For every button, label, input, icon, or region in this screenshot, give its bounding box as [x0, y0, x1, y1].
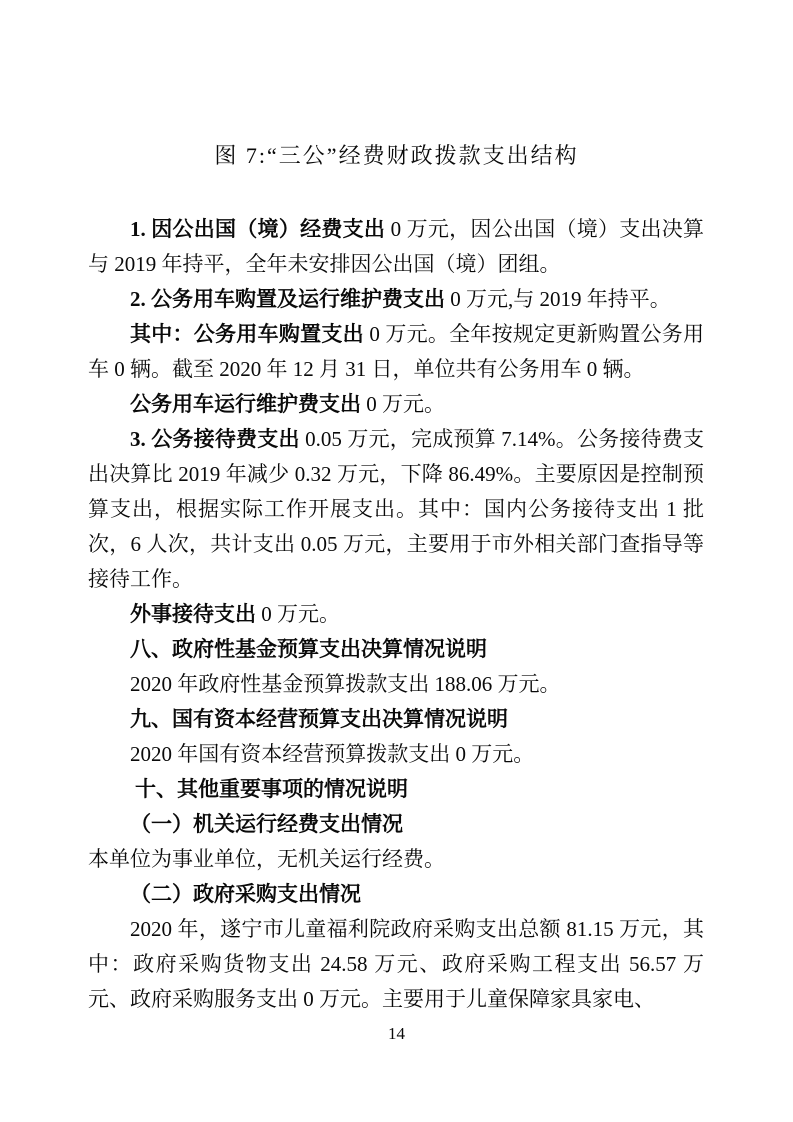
- paragraph-lead-abroad: 1. 因公出国（境）经费支出: [130, 217, 385, 241]
- paragraph-lead-vehicle-total: 2. 公务用车购置及运行维护费支出: [130, 287, 445, 311]
- heading-section-10: 十、其他重要事项的情况说明: [88, 772, 704, 807]
- paragraph-text-reception: 0.05 万元，完成预算 7.14%。公务接待费支出决算比 2019 年减少 0…: [88, 427, 704, 591]
- paragraph-vehicle-total: 2. 公务用车购置及运行维护费支出 0 万元,与 2019 年持平。: [88, 282, 704, 317]
- document-page: 图 7:“三公”经费财政拨款支出结构 1. 因公出国（境）经费支出 0 万元，因…: [0, 0, 793, 1122]
- paragraph-lead-foreign-reception: 外事接待支出: [130, 602, 256, 626]
- document-body: 1. 因公出国（境）经费支出 0 万元，因公出国（境）支出决算与 2019 年持…: [88, 212, 704, 1017]
- paragraph-text-foreign-reception: 0 万元。: [256, 602, 340, 626]
- heading-sub-one: （一）机关运行经费支出情况: [88, 807, 704, 842]
- paragraph-vehicle-maintenance: 公务用车运行维护费支出 0 万元。: [88, 387, 704, 422]
- paragraph-state-capital: 2020 年国有资本经营预算拨款支出 0 万元。: [88, 737, 704, 772]
- paragraph-lead-reception: 3. 公务接待费支出: [130, 427, 300, 451]
- page-number: 14: [0, 1022, 793, 1046]
- heading-section-8: 八、政府性基金预算支出决算情况说明: [88, 632, 704, 667]
- heading-section-9: 九、国有资本经营预算支出决算情况说明: [88, 702, 704, 737]
- paragraph-abroad-expense: 1. 因公出国（境）经费支出 0 万元，因公出国（境）支出决算与 2019 年持…: [88, 212, 704, 282]
- paragraph-gov-fund: 2020 年政府性基金预算拨款支出 188.06 万元。: [88, 667, 704, 702]
- paragraph-procurement: 2020 年，遂宁市儿童福利院政府采购支出总额 81.15 万元，其中：政府采购…: [88, 912, 704, 1017]
- paragraph-lead-vehicle-maintenance: 公务用车运行维护费支出: [130, 392, 361, 416]
- paragraph-text-vehicle-maintenance: 0 万元。: [361, 392, 445, 416]
- paragraph-text-vehicle-total: 0 万元,与 2019 年持平。: [445, 287, 671, 311]
- paragraph-foreign-reception: 外事接待支出 0 万元。: [88, 597, 704, 632]
- paragraph-reception: 3. 公务接待费支出 0.05 万元，完成预算 7.14%。公务接待费支出决算比…: [88, 422, 704, 597]
- heading-sub-two: （二）政府采购支出情况: [88, 877, 704, 912]
- paragraph-vehicle-purchase: 其中：公务用车购置支出 0 万元。全年按规定更新购置公务用车 0 辆。截至 20…: [88, 317, 704, 387]
- figure-caption: 图 7:“三公”经费财政拨款支出结构: [0, 140, 793, 172]
- paragraph-lead-vehicle-purchase: 其中：公务用车购置支出: [130, 322, 364, 346]
- paragraph-operating-expense: 本单位为事业单位，无机关运行经费。: [88, 842, 704, 877]
